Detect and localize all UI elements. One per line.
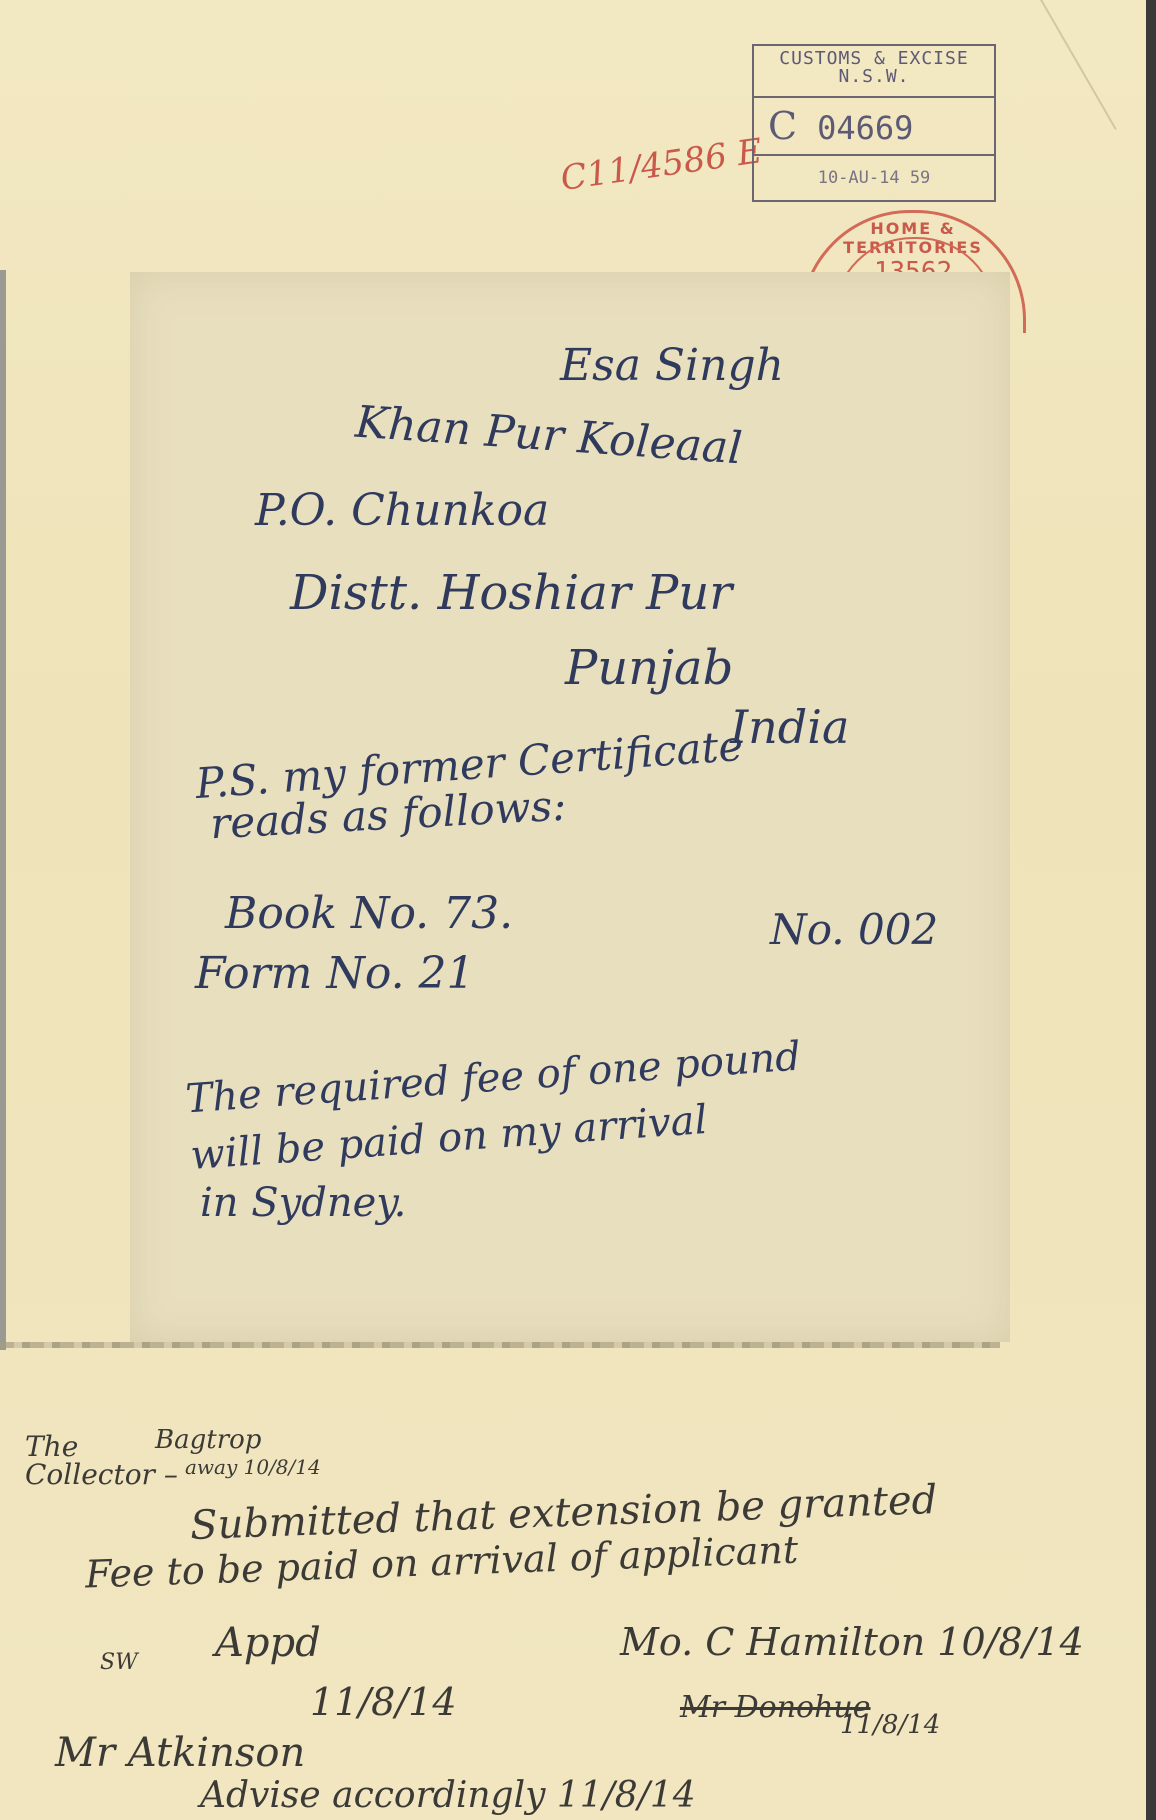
minute-addressee-collector: Collector – bbox=[25, 1458, 178, 1491]
customs-stamp-state: N.S.W. bbox=[754, 68, 994, 86]
minute-approval-date: 11/8/14 bbox=[310, 1680, 457, 1724]
minute-initial-date: 11/8/14 bbox=[840, 1710, 940, 1740]
customs-stamp-letter: C bbox=[768, 104, 797, 148]
minute-signature-hamilton: Mo. C Hamilton 10/8/14 bbox=[620, 1620, 1084, 1664]
minute-approval: Appd bbox=[215, 1620, 321, 1666]
minute-advise-accordingly: Advise accordingly 11/8/14 bbox=[200, 1775, 696, 1816]
binding-edge bbox=[0, 270, 6, 1350]
minute-annotation-away: away 10/8/14 bbox=[185, 1455, 321, 1479]
customs-stamp-number-row: C04669 bbox=[754, 98, 994, 156]
customs-stamp-number: 04669 bbox=[817, 109, 913, 147]
letter-line-province: Punjab bbox=[565, 640, 733, 696]
minute-mr-atkinson: Mr Atkinson bbox=[55, 1730, 305, 1776]
letter-line-post-office: P.O. Chunkoa bbox=[255, 485, 549, 536]
minute-margin-mark: SW bbox=[100, 1650, 138, 1675]
customs-excise-stamp: CUSTOMS & EXCISE N.S.W. C04669 10-AU-14 … bbox=[752, 44, 996, 202]
letter-line-sydney: in Sydney. bbox=[200, 1180, 406, 1226]
minute-annotation-name: Bagtrop bbox=[155, 1425, 261, 1455]
customs-stamp-date: 10-AU-14 59 bbox=[754, 156, 994, 200]
letter-line-name: Esa Singh bbox=[560, 340, 784, 391]
letter-line-book-number: Book No. 73. bbox=[225, 888, 513, 939]
letter-torn-edge bbox=[0, 1342, 1000, 1348]
letter-line-form-number: Form No. 21 bbox=[195, 948, 475, 999]
letter-line-certificate-number: No. 002 bbox=[770, 905, 938, 954]
customs-stamp-header: CUSTOMS & EXCISE N.S.W. bbox=[754, 46, 994, 98]
letter-line-district: Distt. Hoshiar Pur bbox=[290, 565, 732, 621]
letter-line-country: India bbox=[730, 700, 849, 754]
